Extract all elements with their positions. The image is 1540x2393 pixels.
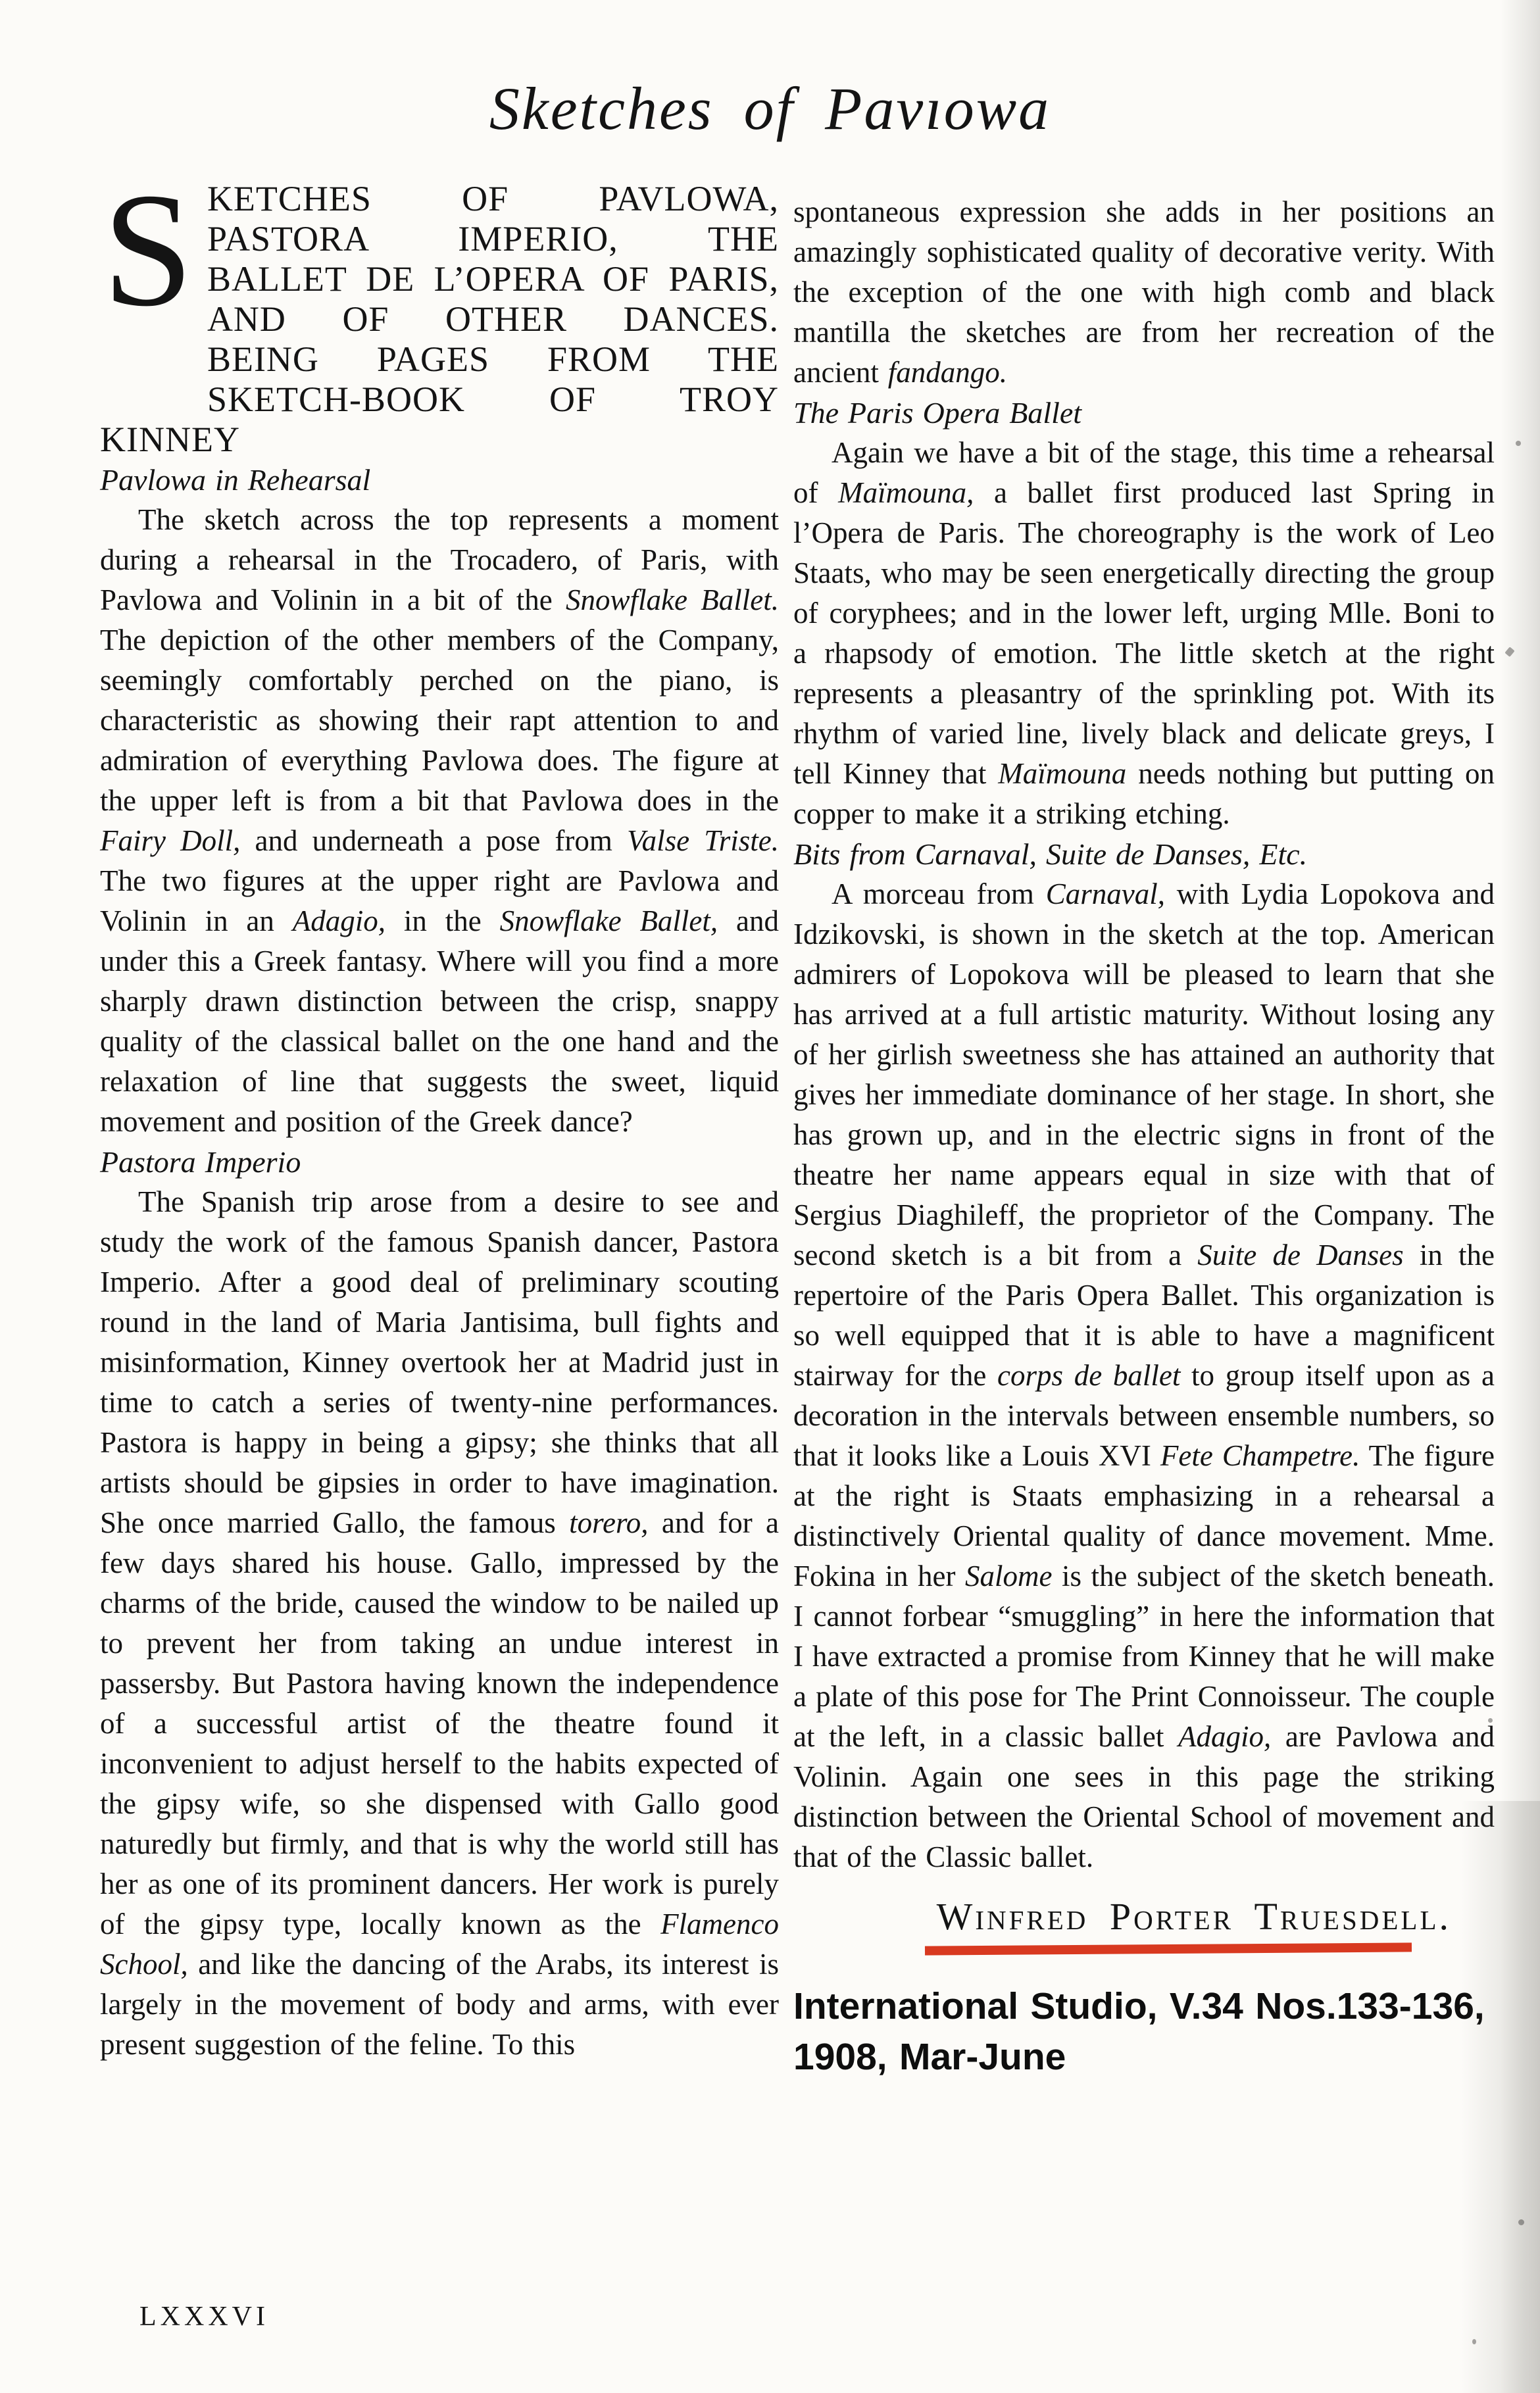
- drop-cap: S: [100, 179, 207, 414]
- section-heading: The Paris Opera Ballet: [793, 393, 1495, 433]
- section-heading: Pavlowa in Rehearsal: [100, 460, 779, 500]
- left-column-blocks: Pavlowa in RehearsalThe sketch across th…: [100, 460, 779, 2065]
- scan-speckle: [1518, 2219, 1524, 2225]
- lede-paragraph: SKETCHES OF PAVLOWA, PASTORA IMPERIO, TH…: [100, 179, 779, 460]
- author-signature: Winfred Porter Truesdell.: [793, 1897, 1451, 1937]
- scan-speckle: [1504, 647, 1514, 657]
- page-title: Sketches of Pavıowa: [0, 74, 1540, 143]
- scan-edge-shade: [1501, 0, 1540, 2393]
- scan-speckle: [1516, 441, 1521, 446]
- signature-underline: [925, 1942, 1412, 1955]
- right-column: spontaneous expression she adds in her p…: [793, 192, 1495, 2083]
- section-heading: Pastora Imperio: [100, 1142, 779, 1182]
- page-number: LXXXVI: [139, 2301, 269, 2332]
- scan-speckle: [1488, 1718, 1493, 1723]
- body-paragraph: The sketch across the top represents a m…: [100, 500, 779, 1142]
- signature-block: Winfred Porter Truesdell.: [793, 1897, 1495, 1954]
- citation-line1: International Studio, V.34 Nos.133-136,: [793, 1981, 1495, 2032]
- body-paragraph: The Spanish trip arose from a desire to …: [100, 1182, 779, 2065]
- citation-line2: 1908, Mar-June: [793, 2032, 1495, 2083]
- body-paragraph: Again we have a bit of the stage, this t…: [793, 433, 1495, 834]
- right-column-blocks: spontaneous expression she adds in her p…: [793, 192, 1495, 1877]
- citation: International Studio, V.34 Nos.133-136, …: [793, 1981, 1495, 2083]
- section-heading: Bits from Carnaval, Suite de Danses, Etc…: [793, 834, 1495, 874]
- magazine-page: Sketches of Pavıowa SKETCHES OF PAVLOWA,…: [0, 0, 1540, 2393]
- left-column: SKETCHES OF PAVLOWA, PASTORA IMPERIO, TH…: [100, 179, 779, 2065]
- scan-speckle: [1472, 2339, 1476, 2344]
- body-paragraph: spontaneous expression she adds in her p…: [793, 192, 1495, 393]
- body-paragraph: A morceau from Carnaval, with Lydia Lopo…: [793, 874, 1495, 1877]
